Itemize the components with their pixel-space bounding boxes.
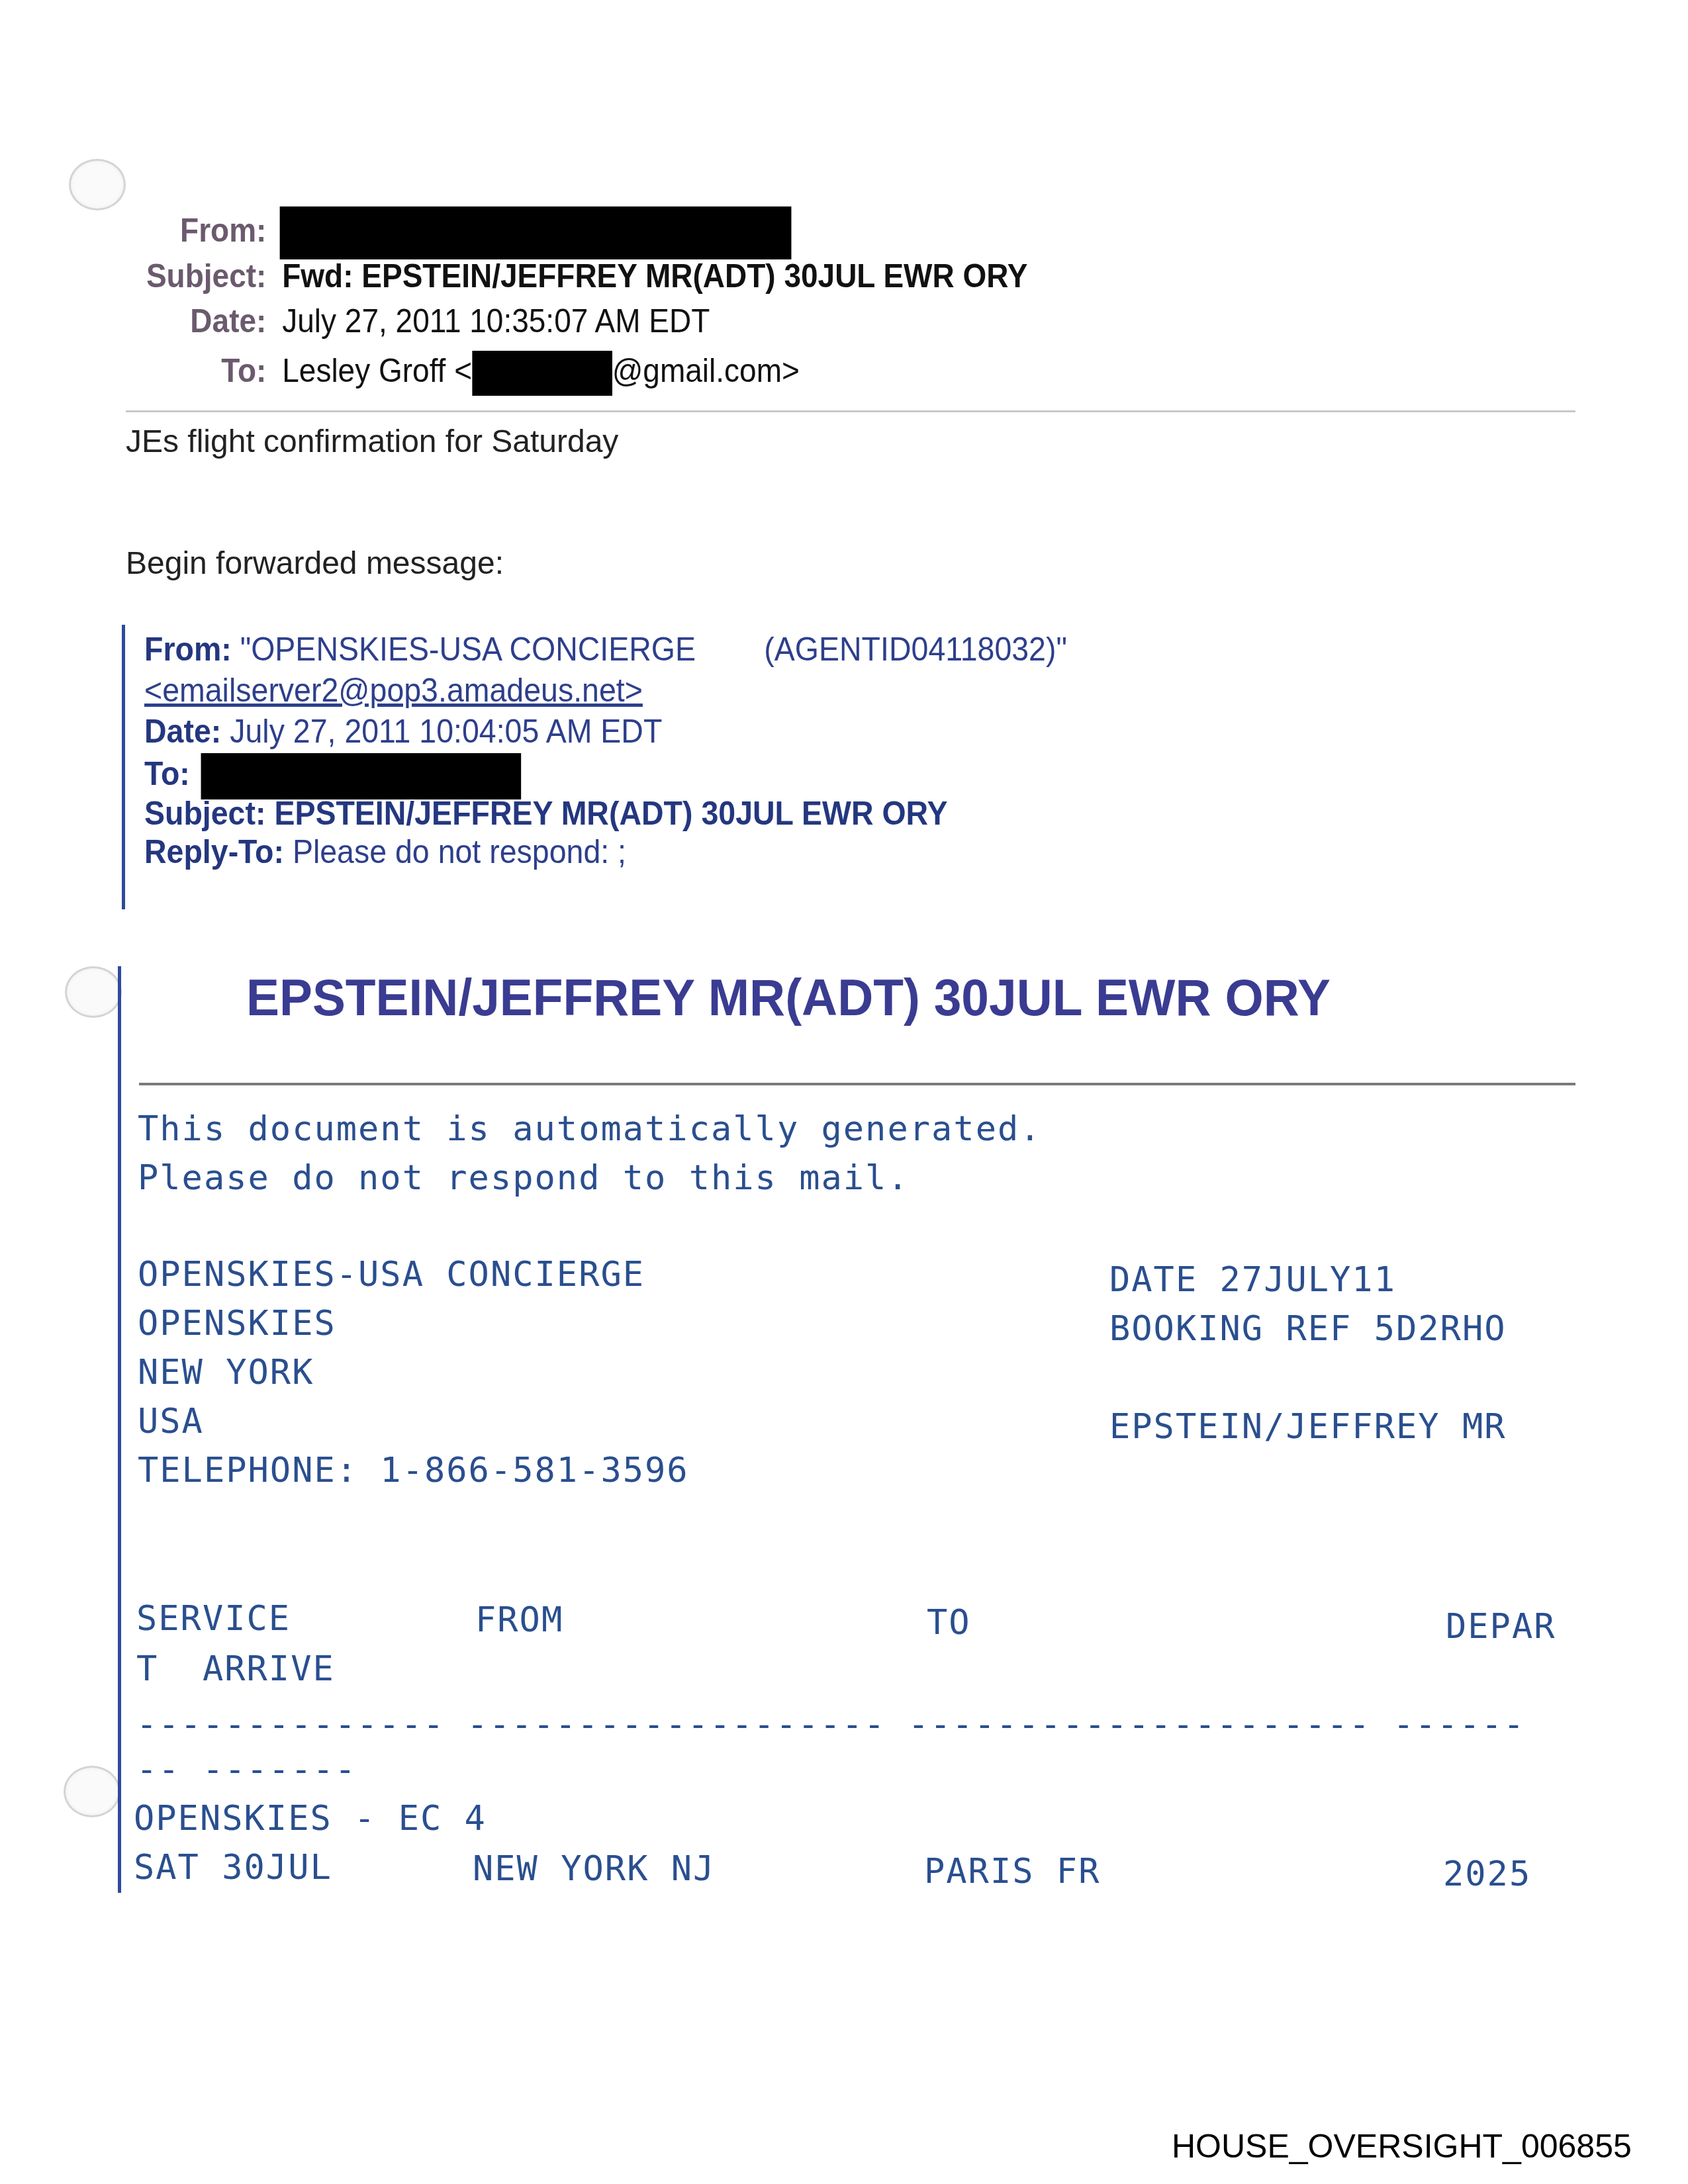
column-header-service: SERVICE	[136, 1602, 291, 1636]
to-domain: @gmail.com>	[612, 352, 800, 389]
segment-from: NEW YORK NJ	[473, 1852, 715, 1886]
issue-date: DATE 27JULY11	[1109, 1263, 1396, 1297]
date-label: Date:	[132, 304, 266, 338]
forwarded-intro: Begin forwarded message:	[126, 545, 504, 582]
fwd-replyto-row: Reply-To: Please do not respond: ;	[144, 835, 626, 868]
fwd-from-row: From: "OPENSKIES-USA CONCIERGE (AGENTID0…	[144, 633, 1067, 666]
itinerary-title: EPSTEIN/JEFFREY MR(ADT) 30JUL EWR ORY	[246, 968, 1331, 1028]
bates-number: HOUSE_OVERSIGHT_006855	[1172, 2127, 1632, 2165]
date-value: July 27, 2011 10:35:07 AM EDT	[282, 302, 710, 340]
redaction-block	[280, 206, 792, 259]
to-label: To:	[132, 354, 266, 387]
subject-value: Fwd: EPSTEIN/JEFFREY MR(ADT) 30JUL EWR O…	[282, 257, 1027, 295]
fwd-subject-value: EPSTEIN/JEFFREY MR(ADT) 30JUL EWR ORY	[274, 795, 947, 832]
fwd-date-label: Date:	[144, 713, 221, 750]
dash-separator-2: -- -------	[136, 1752, 357, 1787]
itinerary-quote-bar	[118, 966, 121, 1893]
header-divider	[126, 410, 1575, 412]
redaction-block	[472, 351, 612, 396]
agency-city: NEW YORK	[138, 1355, 314, 1390]
fwd-from-value: "OPENSKIES-USA CONCIERGE (AGENTID0411803…	[240, 631, 1067, 668]
punch-hole-top	[69, 159, 126, 210]
column-header-wrap: T ARRIVE	[136, 1652, 335, 1686]
segment-to: PARIS FR	[924, 1854, 1100, 1889]
header-date-row: Date: July 27, 2011 10:35:07 AM EDT	[132, 304, 710, 338]
column-header-to: TO	[927, 1606, 971, 1640]
fwd-replyto-value: Please do not respond: ;	[293, 833, 626, 870]
header-subject-row: Subject: Fwd: EPSTEIN/JEFFREY MR(ADT) 30…	[132, 259, 1028, 293]
booking-reference: BOOKING REF 5D2RHO	[1109, 1312, 1507, 1346]
passenger-name: EPSTEIN/JEFFREY MR	[1109, 1410, 1507, 1444]
fwd-date-value: July 27, 2011 10:04:05 AM EDT	[230, 713, 662, 750]
notice-line-2: Please do not respond to this mail.	[138, 1161, 910, 1195]
notice-line-1: This document is automatically generated…	[138, 1112, 1042, 1146]
segment-service: OPENSKIES - EC 4	[134, 1801, 487, 1836]
agency-country: USA	[138, 1404, 204, 1439]
redaction-block	[201, 753, 522, 799]
agency-telephone: TELEPHONE: 1-866-581-3596	[138, 1453, 689, 1488]
segment-date: SAT 30JUL	[134, 1850, 332, 1885]
punch-hole-bottom	[64, 1766, 120, 1817]
from-label: From:	[132, 214, 266, 247]
fwd-subject-row: Subject: EPSTEIN/JEFFREY MR(ADT) 30JUL E…	[144, 797, 948, 830]
agency-brand: OPENSKIES	[138, 1306, 336, 1341]
punch-hole-middle	[65, 966, 122, 1018]
message-body-line: JEs flight confirmation for Saturday	[126, 424, 618, 460]
fwd-from-email-link[interactable]: <emailserver2@pop3.amadeus.net>	[144, 672, 643, 709]
header-from-row: From:	[132, 206, 791, 259]
agency-name: OPENSKIES-USA CONCIERGE	[138, 1257, 645, 1292]
fwd-replyto-label: Reply-To:	[144, 833, 284, 870]
to-name: Lesley Groff <	[282, 352, 472, 389]
fwd-to-label: To:	[144, 755, 190, 792]
title-rule	[139, 1083, 1575, 1085]
column-header-from: FROM	[475, 1603, 563, 1637]
fwd-from-label: From:	[144, 631, 232, 668]
subject-label: Subject:	[132, 259, 266, 293]
fwd-date-row: Date: July 27, 2011 10:04:05 AM EDT	[144, 715, 662, 748]
header-to-row: To: Lesley Groff <@gmail.com>	[132, 351, 800, 396]
forward-quote-bar	[122, 625, 125, 909]
segment-depart-time: 2025	[1443, 1857, 1531, 1891]
dash-separator-1: -------------- ------------------- -----…	[136, 1707, 1525, 1742]
fwd-to-row: To:	[144, 753, 521, 799]
fwd-from-email-row: <emailserver2@pop3.amadeus.net>	[144, 674, 643, 707]
fwd-subject-label: Subject:	[144, 795, 265, 832]
column-header-depart: DEPAR	[1446, 1610, 1556, 1644]
